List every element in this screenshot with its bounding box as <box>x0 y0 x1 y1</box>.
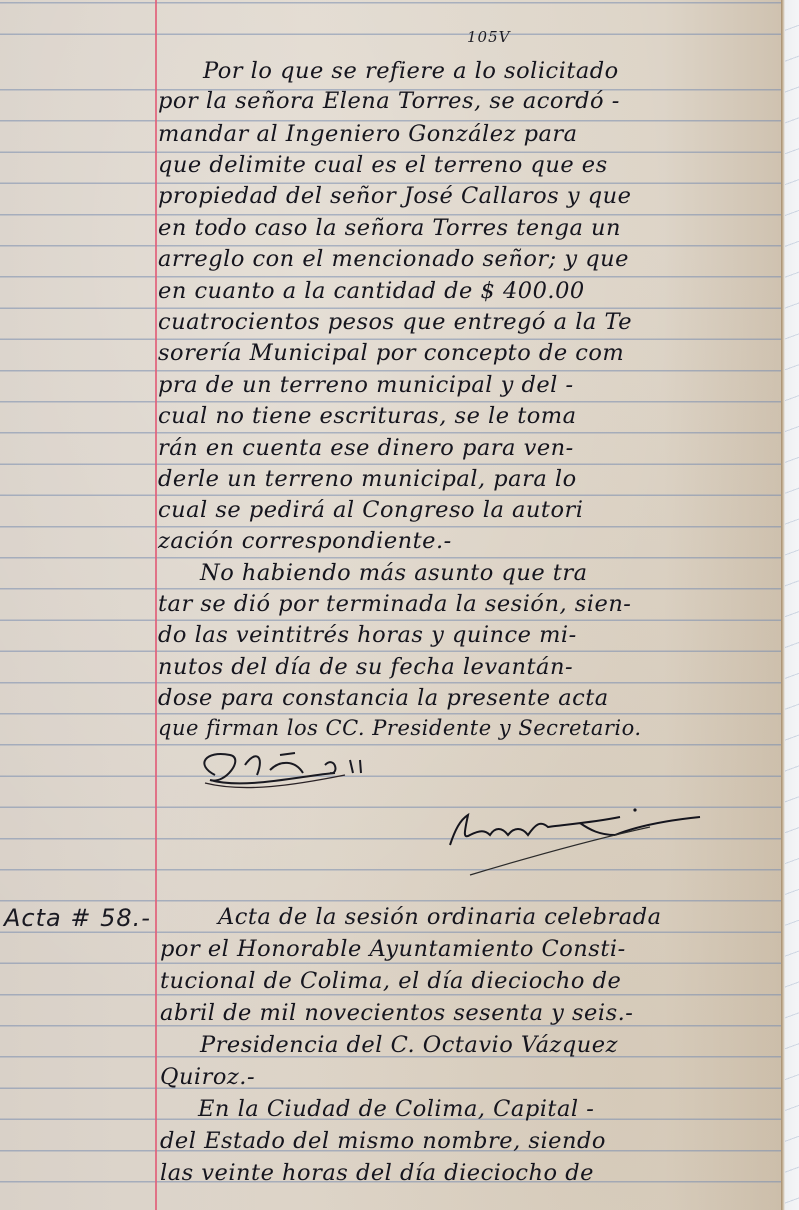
text-line: que firman los CC. Presidente y Secretar… <box>158 716 642 740</box>
text-line: Por lo que se refiere a lo solicitado <box>203 58 619 84</box>
text-line: tar se dió por terminada la sesión, sien… <box>158 591 631 617</box>
act-number-label: Acta # 58.- <box>4 904 151 932</box>
text-line: No habiendo más asunto que tra <box>200 560 588 586</box>
text-line: por la señora Elena Torres, se acordó - <box>158 88 620 114</box>
text-line: Quiroz.- <box>160 1064 255 1090</box>
text-line: Acta de la sesión ordinaria celebrada <box>218 904 662 930</box>
text-line: propiedad del señor José Callaros y que <box>158 183 631 209</box>
text-line: sorería Municipal por concepto de com <box>158 340 624 366</box>
text-line: rán en cuenta ese dinero para ven- <box>158 435 574 461</box>
text-line: mandar al Ingeniero González para <box>158 121 578 147</box>
next-page-ruled-lines <box>785 0 799 1210</box>
text-line: las veinte horas del día dieciocho de <box>160 1160 594 1186</box>
signature-secretary <box>440 805 720 880</box>
text-line: do las veintitrés horas y quince mi- <box>158 622 577 648</box>
text-line: cual se pedirá al Congreso la autori <box>158 497 583 523</box>
text-line: tucional de Colima, el día dieciocho de <box>160 968 621 994</box>
text-line: derle un terreno municipal, para lo <box>158 466 577 492</box>
signature-president <box>185 745 445 795</box>
text-line: Presidencia del C. Octavio Vázquez <box>200 1032 618 1058</box>
text-line: por el Honorable Ayuntamiento Consti- <box>160 936 626 962</box>
text-line: abril de mil novecientos sesenta y seis.… <box>160 1000 633 1026</box>
notebook-page: 105V Por lo que se refiere a lo solicita… <box>0 0 781 1210</box>
red-margin-line <box>155 0 157 1210</box>
text-line: del Estado del mismo nombre, siendo <box>160 1128 606 1154</box>
text-line: zación correspondiente.- <box>158 528 452 554</box>
text-line: nutos del día de su fecha levantán- <box>158 654 573 680</box>
text-line: cuatrocientos pesos que entregó a la Te <box>158 309 632 335</box>
text-line: cual no tiene escrituras, se le toma <box>158 403 577 429</box>
text-line: pra de un terreno municipal y del - <box>158 372 574 398</box>
text-line: en cuanto a la cantidad de $ 400.00 <box>158 278 585 304</box>
text-line: dose para constancia la presente acta <box>158 685 609 711</box>
text-line: arreglo con el mencionado señor; y que <box>158 246 629 272</box>
text-line: que delimite cual es el terreno que es <box>158 152 608 178</box>
folio-number: 105V <box>467 28 510 46</box>
text-line: En la Ciudad de Colima, Capital - <box>198 1096 594 1122</box>
text-line: en todo caso la señora Torres tenga un <box>158 215 621 241</box>
